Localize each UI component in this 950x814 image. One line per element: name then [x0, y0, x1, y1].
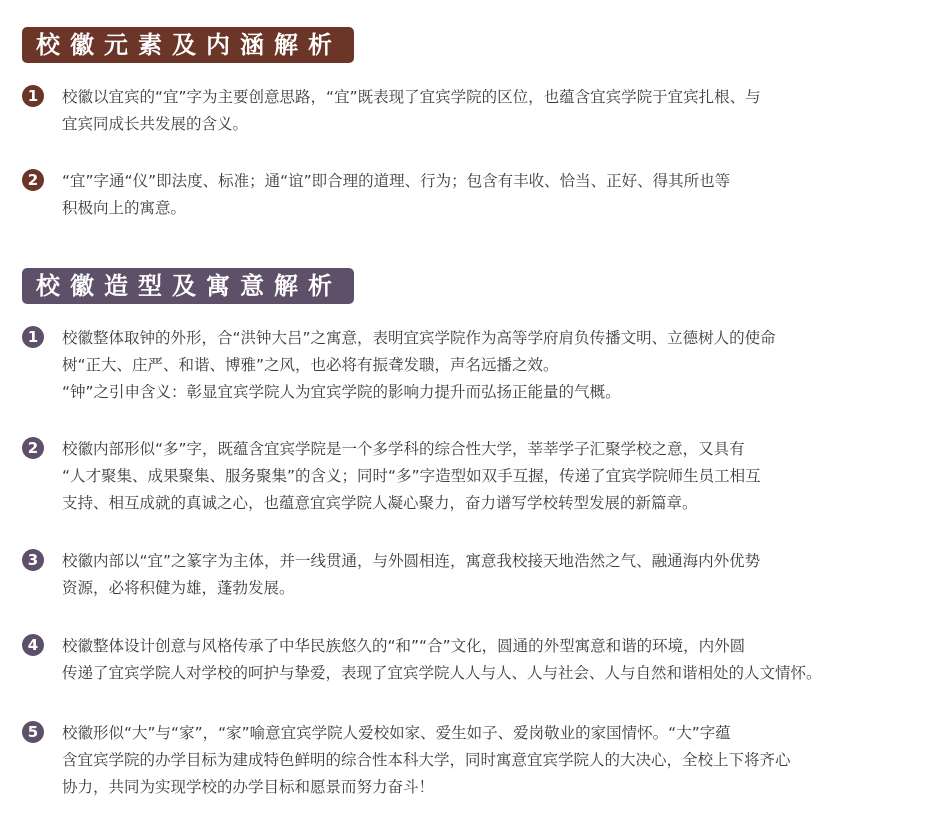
list-item: 1 校徽整体取钟的外形，合“洪钟大吕”之寓意，表明宜宾学院作为高等学府肩负传播文…: [22, 325, 927, 406]
list-item: 5 校徽形似“大”与“家”，“家”喻意宜宾学院人爱校如家、爱生如子、爱岗敬业的家…: [22, 720, 927, 801]
section-title: 校徽造型及寓意解析: [36, 268, 342, 304]
item-text: 校徽整体取钟的外形，合“洪钟大吕”之寓意，表明宜宾学院作为高等学府肩负传播文明、…: [62, 325, 927, 406]
number-badge-icon: 2: [22, 437, 44, 459]
section-title: 校徽元素及内涵解析: [36, 27, 342, 63]
list-item: 1 校徽以宜宾的“宜”字为主要创意思路，“宜”既表现了宜宾学院的区位，也蕴含宜宾…: [22, 84, 927, 138]
item-text: 校徽形似“大”与“家”，“家”喻意宜宾学院人爱校如家、爱生如子、爱岗敬业的家国情…: [62, 720, 927, 801]
number-badge-icon: 2: [22, 169, 44, 191]
section-header-elements: 校徽元素及内涵解析: [22, 27, 354, 63]
number-badge-icon: 4: [22, 634, 44, 656]
list-item: 2 “宜”字通“仪”即法度、标准；通“谊”即合理的道理、行为；包含有丰收、恰当、…: [22, 168, 927, 222]
number-badge-icon: 3: [22, 549, 44, 571]
number-badge-icon: 5: [22, 721, 44, 743]
list-item: 2 校徽内部形似“多”字，既蕴含宜宾学院是一个多学科的综合性大学，莘莘学子汇聚学…: [22, 436, 927, 517]
item-text: 校徽内部形似“多”字，既蕴含宜宾学院是一个多学科的综合性大学，莘莘学子汇聚学校之…: [62, 436, 927, 517]
list-item: 4 校徽整体设计创意与风格传承了中华民族悠久的“和”“合”文化，圆通的外型寓意和…: [22, 633, 927, 687]
section-header-shape: 校徽造型及寓意解析: [22, 268, 354, 304]
list-item: 3 校徽内部以“宜”之篆字为主体，并一线贯通，与外圆相连，寓意我校接天地浩然之气…: [22, 548, 927, 602]
number-badge-icon: 1: [22, 85, 44, 107]
item-text: “宜”字通“仪”即法度、标准；通“谊”即合理的道理、行为；包含有丰收、恰当、正好…: [62, 168, 927, 222]
item-text: 校徽内部以“宜”之篆字为主体，并一线贯通，与外圆相连，寓意我校接天地浩然之气、融…: [62, 548, 927, 602]
item-text: 校徽以宜宾的“宜”字为主要创意思路，“宜”既表现了宜宾学院的区位，也蕴含宜宾学院…: [62, 84, 927, 138]
number-badge-icon: 1: [22, 326, 44, 348]
item-text: 校徽整体设计创意与风格传承了中华民族悠久的“和”“合”文化，圆通的外型寓意和谐的…: [62, 633, 927, 687]
